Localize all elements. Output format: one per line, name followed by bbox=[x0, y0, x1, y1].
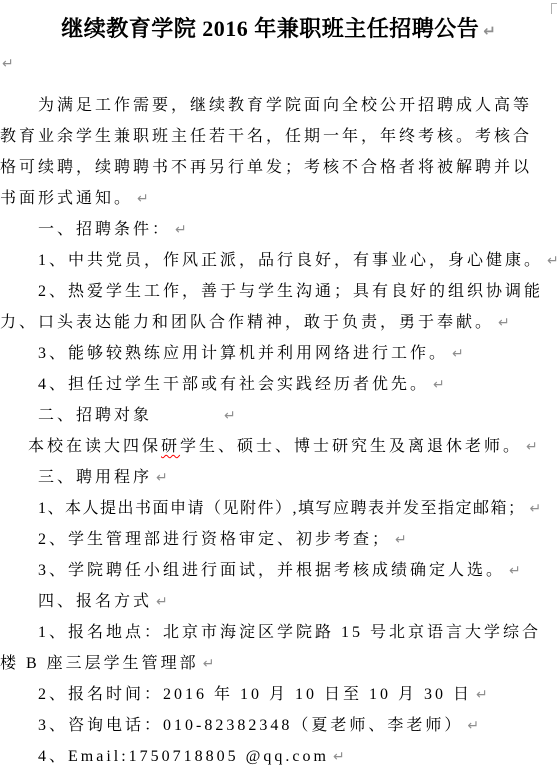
spellcheck-flagged-text: 研 bbox=[161, 438, 180, 455]
paragraph-mark-icon: ↵ bbox=[333, 749, 345, 765]
paragraph-mark-icon: ↵ bbox=[137, 191, 149, 207]
paragraph-mark-icon: ↵ bbox=[156, 594, 168, 610]
line-text: 学生、硕士、博士研究生及离退休老师。 bbox=[180, 438, 522, 455]
line-text: 3、学院聘任小组进行面试，并根据考核成绩确定人选。 bbox=[38, 562, 505, 579]
document-title[interactable]: 继续教育学院 2016 年兼职班主任招聘公告↵ bbox=[0, 10, 557, 48]
line-text: 2、热爱学生工作，善于与学生沟通；具有良好的组织协调能 bbox=[38, 283, 543, 300]
list-item-line[interactable]: 4、Email:1750718805 @qq.com↵ bbox=[0, 741, 557, 772]
list-item-line[interactable]: 2、热爱学生工作，善于与学生沟通；具有良好的组织协调能 bbox=[0, 276, 557, 307]
paragraph-mark-icon: ↵ bbox=[175, 222, 187, 238]
line-text: 3、咨询电话：010-82382348（夏老师、李老师） bbox=[38, 717, 463, 734]
line-text: 1、本人提出书面申请（见附件）,填写应聘表并发至指定邮箱； bbox=[38, 500, 526, 517]
line-text: 教育业余学生兼职班主任若干名，任期一年，年终考核。考核合 bbox=[0, 128, 532, 145]
line-text: 三、聘用程序 bbox=[38, 469, 152, 486]
document-page[interactable]: 继续教育学院 2016 年兼职班主任招聘公告↵ ↵ 为满足工作需要，继续教育学院… bbox=[0, 0, 557, 777]
section-heading-line[interactable]: 四、报名方式↵ bbox=[0, 586, 557, 617]
list-item-line[interactable]: 2、学生管理部进行资格审定、初步考查；↵ bbox=[0, 524, 557, 555]
paragraph-mark-icon: ↵ bbox=[509, 563, 521, 579]
paragraph-mark-icon: ↵ bbox=[467, 718, 479, 734]
list-item-line[interactable]: 3、学院聘任小组进行面试，并根据考核成绩确定人选。↵ bbox=[0, 555, 557, 586]
list-item-line[interactable]: 1、本人提出书面申请（见附件）,填写应聘表并发至指定邮箱；↵ bbox=[0, 493, 557, 524]
line-text: 本校在读大四保 bbox=[28, 438, 161, 455]
line-text: 3、能够较熟练应用计算机并利用网络进行工作。 bbox=[38, 345, 448, 362]
paragraph-mark-icon: ↵ bbox=[156, 470, 168, 486]
list-item-line[interactable]: 力、口头表达能力和团队合作精神，敢于负责，勇于奉献。↵ bbox=[0, 307, 557, 338]
paragraph-mark-icon: ↵ bbox=[395, 532, 407, 548]
list-item-line[interactable]: 楼 B 座三层学生管理部↵ bbox=[0, 648, 557, 679]
paragraph-line[interactable]: 书面形式通知。↵ bbox=[0, 183, 557, 214]
paragraph-mark-icon: ↵ bbox=[547, 253, 557, 269]
paragraph-mark-icon: ↵ bbox=[203, 656, 215, 672]
paragraph-mark-icon: ↵ bbox=[526, 439, 538, 455]
line-text: 书面形式通知。 bbox=[0, 190, 133, 207]
paragraph-mark-icon: ↵ bbox=[498, 315, 510, 331]
paragraph-line[interactable]: 为满足工作需要，继续教育学院面向全校公开招聘成人高等 bbox=[0, 90, 557, 121]
line-text: 力、口头表达能力和团队合作精神，敢于负责，勇于奉献。 bbox=[0, 314, 494, 331]
section-heading-line[interactable]: 一、招聘条件：↵ bbox=[0, 214, 557, 245]
list-item-line[interactable]: 1、报名地点：北京市海淀区学院路 15 号北京语言大学综合 bbox=[0, 617, 557, 648]
list-item-line[interactable]: 1、中共党员，作风正派，品行良好，有事业心，身心健康。↵ bbox=[0, 245, 557, 276]
paragraph-mark-icon: ↵ bbox=[530, 501, 542, 517]
list-item-line[interactable]: 3、咨询电话：010-82382348（夏老师、李老师）↵ bbox=[0, 710, 557, 741]
title-text: 继续教育学院 2016 年兼职班主任招聘公告 bbox=[61, 16, 479, 41]
paragraph-line[interactable]: 本校在读大四保研学生、硕士、博士研究生及离退休老师。↵ bbox=[0, 431, 557, 462]
paragraph-line[interactable]: 教育业余学生兼职班主任若干名，任期一年，年终考核。考核合 bbox=[0, 121, 557, 152]
section-heading-line[interactable]: 三、聘用程序↵ bbox=[0, 462, 557, 493]
line-text: 楼 B 座三层学生管理部 bbox=[0, 655, 199, 672]
line-text: 为满足工作需要，继续教育学院面向全校公开招聘成人高等 bbox=[38, 97, 532, 114]
margin-corner-marker bbox=[551, 3, 557, 14]
line-text: 4、担任过学生干部或有社会实践经历者优先。 bbox=[38, 376, 429, 393]
line-text: 2、学生管理部进行资格审定、初步考查； bbox=[38, 531, 391, 548]
line-text: 二、招聘对象 bbox=[38, 407, 152, 424]
line-text: 格可续聘，续聘聘书不再另行单发；考核不合格者将被解聘并以 bbox=[0, 159, 532, 176]
list-item-line[interactable]: 3、能够较熟练应用计算机并利用网络进行工作。↵ bbox=[0, 338, 557, 369]
paragraph-mark-icon: ↵ bbox=[452, 346, 464, 362]
paragraph-line[interactable]: 格可续聘，续聘聘书不再另行单发；考核不合格者将被解聘并以 bbox=[0, 152, 557, 183]
empty-line[interactable]: ↵ bbox=[0, 48, 557, 80]
line-text: 1、报名地点：北京市海淀区学院路 15 号北京语言大学综合 bbox=[38, 624, 541, 641]
line-text: 2、报名时间：2016 年 10 月 10 日至 10 月 30 日 bbox=[38, 686, 472, 703]
section-heading-line[interactable]: 二、招聘对象↵ bbox=[0, 400, 557, 431]
paragraph-mark-icon: ↵ bbox=[433, 377, 445, 393]
list-item-line[interactable]: 2、报名时间：2016 年 10 月 10 日至 10 月 30 日↵ bbox=[0, 679, 557, 710]
line-text: 4、Email:1750718805 @qq.com bbox=[38, 748, 329, 765]
paragraph-mark-icon: ↵ bbox=[483, 22, 496, 40]
line-text: 一、招聘条件： bbox=[38, 221, 171, 238]
line-text: 四、报名方式 bbox=[38, 593, 152, 610]
paragraph-mark-icon: ↵ bbox=[224, 408, 236, 424]
paragraph-mark-icon: ↵ bbox=[2, 56, 14, 72]
paragraph-mark-icon: ↵ bbox=[476, 687, 488, 703]
line-text: 1、中共党员，作风正派，品行良好，有事业心，身心健康。 bbox=[38, 252, 543, 269]
list-item-line[interactable]: 4、担任过学生干部或有社会实践经历者优先。↵ bbox=[0, 369, 557, 400]
